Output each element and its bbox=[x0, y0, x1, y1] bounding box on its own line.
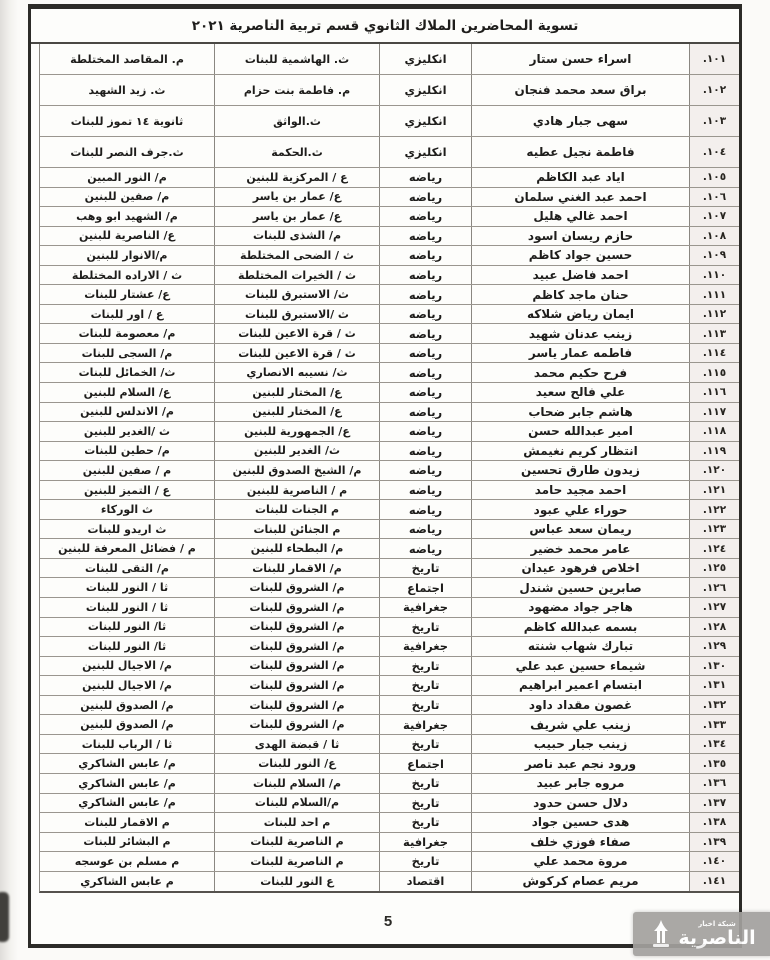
news-network-watermark: شبكة اخبار الناصرية bbox=[633, 912, 770, 956]
school-1: م/ الشروق للبنات bbox=[215, 657, 380, 676]
row-number: ١٢٥. bbox=[690, 559, 739, 578]
school-2: ع/ الناصرية للبنين bbox=[40, 227, 215, 246]
school-1: م الناصرية للبنات bbox=[215, 852, 380, 871]
lecturer-name: امير عبدالله حسن bbox=[472, 422, 690, 441]
table-row: ١٠٨. حازم ريسان اسود رياضه م/ الشذى للبن… bbox=[40, 227, 739, 247]
subject: رياضه bbox=[380, 520, 472, 539]
lecturer-name: احمد مجيد حامد bbox=[472, 481, 690, 500]
row-number: ١٢٦. bbox=[690, 578, 739, 597]
row-number: ١٣١. bbox=[690, 676, 739, 695]
table-row: ١٢٥. اخلاص فرهود عيدان تاريخ م/ الاقمار … bbox=[40, 559, 739, 579]
school-2: م/ الصدوق للبنين bbox=[40, 696, 215, 715]
lecturer-name: فاطمة نجيل عطيه bbox=[472, 137, 690, 167]
lecturer-name: حسين جواد كاظم bbox=[472, 246, 690, 265]
school-1: م/ الشذى للبنات bbox=[215, 227, 380, 246]
subject: تاريخ bbox=[380, 852, 472, 871]
school-2: م/ حطين للبنات bbox=[40, 442, 215, 461]
school-2: م/ عابس الشاكري bbox=[40, 774, 215, 793]
school-1: م/ الشروق للبنات bbox=[215, 637, 380, 656]
school-1: ع/ عمار بن ياسر bbox=[215, 207, 380, 226]
table-row: ١٠٢. براق سعد محمد فنجان انكليزي م. فاطم… bbox=[40, 75, 739, 106]
subject: رياضه bbox=[380, 266, 472, 285]
school-2: ث.جرف النصر للبنات bbox=[40, 137, 215, 167]
school-1: ع/ عمار بن ياسر bbox=[215, 188, 380, 207]
nasiriyah-news-logo-icon bbox=[650, 919, 672, 949]
table-row: ١٢٦. صابرين حسين شندل اجتماع م/ الشروق ل… bbox=[40, 578, 739, 598]
lecturer-name: زينب جبار حبيب bbox=[472, 735, 690, 754]
school-2: ث /الغدير للبنين bbox=[40, 422, 215, 441]
lecturer-name: انتظار كريم نغيمش bbox=[472, 442, 690, 461]
school-1: م احد للبنات bbox=[215, 813, 380, 832]
table-row: ١٠٣. سهى جبار هادي انكليزي ث.الواثق ثانو… bbox=[40, 106, 739, 137]
table-row: ١٣٩. صفاء فوزي خلف جغرافية م الناصرية لل… bbox=[40, 833, 739, 853]
school-2: ث. زيد الشهيد bbox=[40, 75, 215, 105]
subject: رياضه bbox=[380, 227, 472, 246]
subject: رياضه bbox=[380, 285, 472, 304]
subject: رياضه bbox=[380, 383, 472, 402]
school-1: ث.الواثق bbox=[215, 106, 380, 136]
lecturer-name: صفاء فوزي خلف bbox=[472, 833, 690, 852]
table-row: ١٣٨. هدى حسين جواد تاريخ م احد للبنات م … bbox=[40, 813, 739, 833]
table-row: ١٣٥. ورود نجم عبد ناصر اجتماع ع/ النور ل… bbox=[40, 754, 739, 774]
row-number: ١١٩. bbox=[690, 442, 739, 461]
lecturer-name: احمد فاضل عبيد bbox=[472, 266, 690, 285]
subject: اجتماع bbox=[380, 578, 472, 597]
lecturers-table: ١٠١. اسراء حسن ستار انكليزي ث. الهاشمية … bbox=[39, 44, 739, 893]
table-row: ١٢٣. ريمان سعد عباس رياضه م الجنائن للبن… bbox=[40, 520, 739, 540]
school-1: م الجنات للبنات bbox=[215, 500, 380, 519]
school-1: ث.الحكمة bbox=[215, 137, 380, 167]
school-2: م. المقاصد المختلطة bbox=[40, 44, 215, 74]
row-number: ١٢١. bbox=[690, 481, 739, 500]
school-2: م/ معصومة للبنات bbox=[40, 324, 215, 343]
subject: انكليزي bbox=[380, 75, 472, 105]
watermark-big-label: الناصرية bbox=[678, 929, 755, 948]
school-1: م/السلام للبنات bbox=[215, 794, 380, 813]
school-1: ع/ النور للبنات bbox=[215, 754, 380, 773]
row-number: ١١٨. bbox=[690, 422, 739, 441]
document-table-frame: تسوية المحاضرين الملاك الثانوي قسم تربية… bbox=[28, 4, 742, 948]
school-1: م الجنائن للبنات bbox=[215, 520, 380, 539]
school-1: م/ الاقمار للبنات bbox=[215, 559, 380, 578]
lecturer-name: احمد عبد الغني سلمان bbox=[472, 188, 690, 207]
row-number: ١١٠. bbox=[690, 266, 739, 285]
school-2: م البشائر للبنات bbox=[40, 833, 215, 852]
school-1: م. فاطمة بنت حزام bbox=[215, 75, 380, 105]
school-2: م/ الصدوق للبنين bbox=[40, 715, 215, 734]
school-1: ث/ نسيبه الانصاري bbox=[215, 363, 380, 382]
school-1: م/ الشروق للبنات bbox=[215, 715, 380, 734]
row-number: ١٣٦. bbox=[690, 774, 739, 793]
scanned-document-page: { "page": { "title": "تسوية المحاضرين ال… bbox=[0, 0, 770, 960]
table-row: ١١٧. هاشم جابر ضحاب رياضه ع/ المختار للب… bbox=[40, 403, 739, 423]
subject: تاريخ bbox=[380, 618, 472, 637]
table-row: ١٠٩. حسين جواد كاظم رياضه ث / الضحى المخ… bbox=[40, 246, 739, 266]
table-row: ١١١. حنان ماجد كاظم رياضه ث/ الاستبرق لل… bbox=[40, 285, 739, 305]
lecturer-name: ابتسام اعمير ابراهيم bbox=[472, 676, 690, 695]
row-number: ١٢٣. bbox=[690, 520, 739, 539]
lecturer-name: مروه جابر عبيد bbox=[472, 774, 690, 793]
school-2: ثانوية ١٤ تموز للبنات bbox=[40, 106, 215, 136]
subject: جغرافية bbox=[380, 715, 472, 734]
lecturer-name: هاشم جابر ضحاب bbox=[472, 403, 690, 422]
school-2: م/ السجى للبنات bbox=[40, 344, 215, 363]
row-number: ١٢٩. bbox=[690, 637, 739, 656]
school-2: ع/ عشتار للبنات bbox=[40, 285, 215, 304]
lecturer-name: ايمان رياض شلاكه bbox=[472, 305, 690, 324]
subject: رياضه bbox=[380, 168, 472, 187]
school-2: ث/ الخمائل للبنات bbox=[40, 363, 215, 382]
row-number: ١٣٩. bbox=[690, 833, 739, 852]
school-2: م/ الاجيال للبنين bbox=[40, 676, 215, 695]
page-number: 5 bbox=[384, 913, 392, 930]
lecturer-name: مريم عصام كركوش bbox=[472, 872, 690, 892]
lecturer-name: زينب علي شريف bbox=[472, 715, 690, 734]
school-2: م/ التقى للبنات bbox=[40, 559, 215, 578]
table-row: ١٢٠. زيدون طارق تحسين رياضه م/ الشيخ الص… bbox=[40, 461, 739, 481]
lecturer-name: مروة محمد علي bbox=[472, 852, 690, 871]
school-1: ع/ المختار للبنين bbox=[215, 403, 380, 422]
lecturer-name: ريمان سعد عباس bbox=[472, 520, 690, 539]
table-row: ١٠١. اسراء حسن ستار انكليزي ث. الهاشمية … bbox=[40, 44, 739, 75]
subject: رياضه bbox=[380, 246, 472, 265]
school-1: م/ الشروق للبنات bbox=[215, 618, 380, 637]
row-number: ١٣٧. bbox=[690, 794, 739, 813]
school-1: ث / الضحى المختلطة bbox=[215, 246, 380, 265]
subject: رياضه bbox=[380, 500, 472, 519]
row-number: ١٢٨. bbox=[690, 618, 739, 637]
school-1: ث / الخيرات المختلطة bbox=[215, 266, 380, 285]
lecturer-name: ورود نجم عبد ناصر bbox=[472, 754, 690, 773]
document-title: تسوية المحاضرين الملاك الثانوي قسم تربية… bbox=[31, 9, 739, 44]
row-number: ١٣٥. bbox=[690, 754, 739, 773]
subject: رياضه bbox=[380, 188, 472, 207]
row-number: ١٢٠. bbox=[690, 461, 739, 480]
row-number: ١٠٥. bbox=[690, 168, 739, 187]
school-2: م/ صفين للبنين bbox=[40, 188, 215, 207]
school-1: م/ الشروق للبنات bbox=[215, 598, 380, 617]
school-2: ث / الاراده المختلطة bbox=[40, 266, 215, 285]
scan-edge-artifact bbox=[0, 892, 9, 942]
table-row: ١٣٦. مروه جابر عبيد تاريخ م/ السلام للبن… bbox=[40, 774, 739, 794]
row-number: ١٣٤. bbox=[690, 735, 739, 754]
subject: رياضه bbox=[380, 363, 472, 382]
subject: رياضه bbox=[380, 324, 472, 343]
subject: رياضه bbox=[380, 481, 472, 500]
lecturer-name: حنان ماجد كاظم bbox=[472, 285, 690, 304]
school-1: ثا / قبضة الهدى bbox=[215, 735, 380, 754]
subject: رياضه bbox=[380, 461, 472, 480]
school-1: ع النور للبنات bbox=[215, 872, 380, 892]
school-2: م/ الشهيد ابو وهب bbox=[40, 207, 215, 226]
table-row: ١٤١. مريم عصام كركوش اقتصاد ع النور للبن… bbox=[40, 872, 739, 892]
row-number: ١٠٤. bbox=[690, 137, 739, 167]
table-row: ١٠٥. اياد عبد الكاظم رياضه ع / المركزية … bbox=[40, 168, 739, 188]
lecturer-name: عامر محمد خضير bbox=[472, 539, 690, 558]
school-1: ث /الاستبرق للبنات bbox=[215, 305, 380, 324]
school-2: م/ الاندلس للبنين bbox=[40, 403, 215, 422]
school-2: ثا / الرباب للبنات bbox=[40, 735, 215, 754]
lecturer-name: تبارك شهاب شنته bbox=[472, 637, 690, 656]
school-1: م/ الشروق للبنات bbox=[215, 696, 380, 715]
subject: انكليزي bbox=[380, 44, 472, 74]
table-row: ١١٥. فرح حكيم محمد رياضه ث/ نسيبه الانصا… bbox=[40, 363, 739, 383]
lecturer-name: براق سعد محمد فنجان bbox=[472, 75, 690, 105]
table-row: ١٣١. ابتسام اعمير ابراهيم تاريخ م/ الشرو… bbox=[40, 676, 739, 696]
subject: رياضه bbox=[380, 539, 472, 558]
school-2: ع/ السلام للبنين bbox=[40, 383, 215, 402]
lecturer-name: علي فالح سعيد bbox=[472, 383, 690, 402]
school-1: م / الناصرية للبنين bbox=[215, 481, 380, 500]
table-row: ١١٤. فاطمه عمار ياسر رياضه ث / قرة الاعي… bbox=[40, 344, 739, 364]
school-2: ثا / النور للبنات bbox=[40, 598, 215, 617]
table-row: ١٠٦. احمد عبد الغني سلمان رياضه ع/ عمار … bbox=[40, 188, 739, 208]
school-1: م/ الشروق للبنات bbox=[215, 676, 380, 695]
school-1: ع/ الجمهورية للبنين bbox=[215, 422, 380, 441]
table-row: ١٢١. احمد مجيد حامد رياضه م / الناصرية ل… bbox=[40, 481, 739, 501]
subject: تاريخ bbox=[380, 735, 472, 754]
school-1: م/ السلام للبنات bbox=[215, 774, 380, 793]
table-row: ١١٢. ايمان رياض شلاكه رياضه ث /الاستبرق … bbox=[40, 305, 739, 325]
school-2: ث اريدو للبنات bbox=[40, 520, 215, 539]
row-number: ١٠١. bbox=[690, 44, 739, 74]
row-number: ١٢٧. bbox=[690, 598, 739, 617]
lecturer-name: اخلاص فرهود عيدان bbox=[472, 559, 690, 578]
lecturer-name: فاطمه عمار ياسر bbox=[472, 344, 690, 363]
table-row: ١٢٢. حوراء علي عبود رياضه م الجنات للبنا… bbox=[40, 500, 739, 520]
school-1: ث. الهاشمية للبنات bbox=[215, 44, 380, 74]
school-2: ثا/ النور للبنات bbox=[40, 618, 215, 637]
school-2: م/ النور المبين bbox=[40, 168, 215, 187]
subject: انكليزي bbox=[380, 106, 472, 136]
subject: جغرافية bbox=[380, 833, 472, 852]
school-1: م الناصرية للبنات bbox=[215, 833, 380, 852]
row-number: ١٠٢. bbox=[690, 75, 739, 105]
school-1: م/ الشيخ الصدوق للبنين bbox=[215, 461, 380, 480]
table-row: ١٣٣. زينب علي شريف جغرافية م/ الشروق للب… bbox=[40, 715, 739, 735]
table-row: ١١٦. علي فالح سعيد رياضه ع/ المختار للبن… bbox=[40, 383, 739, 403]
row-number: ١١٢. bbox=[690, 305, 739, 324]
subject: تاريخ bbox=[380, 676, 472, 695]
subject: رياضه bbox=[380, 403, 472, 422]
row-number: ١٤٠. bbox=[690, 852, 739, 871]
lecturer-name: هاجر جواد مضهود bbox=[472, 598, 690, 617]
row-number: ١٣٨. bbox=[690, 813, 739, 832]
school-2: م / فضائل المعرفة للبنين bbox=[40, 539, 215, 558]
subject: رياضه bbox=[380, 207, 472, 226]
school-2: م/ عابس الشاكري bbox=[40, 754, 215, 773]
row-number: ١٤١. bbox=[690, 872, 739, 892]
row-number: ١١٥. bbox=[690, 363, 739, 382]
school-1: ث / قرة الاعين للبنات bbox=[215, 344, 380, 363]
table-row: ١١٠. احمد فاضل عبيد رياضه ث / الخيرات ال… bbox=[40, 266, 739, 286]
school-2: م مسلم بن عوسجه bbox=[40, 852, 215, 871]
school-2: ثا / النور للبنات bbox=[40, 578, 215, 597]
row-number: ١٠٨. bbox=[690, 227, 739, 246]
table-row: ١٣٢. غصون مقداد داود تاريخ م/ الشروق للب… bbox=[40, 696, 739, 716]
school-2: م الاقمار للبنات bbox=[40, 813, 215, 832]
subject: تاريخ bbox=[380, 559, 472, 578]
table-row: ١٣٧. دلال حسن حدود تاريخ م/السلام للبنات… bbox=[40, 794, 739, 814]
subject: تاريخ bbox=[380, 696, 472, 715]
school-2: ث الوركاء bbox=[40, 500, 215, 519]
subject: رياضه bbox=[380, 422, 472, 441]
table-row: ١٣٠. شيماء حسين عبد علي تاريخ م/ الشروق … bbox=[40, 657, 739, 677]
row-number: ١٢٢. bbox=[690, 500, 739, 519]
lecturer-name: شيماء حسين عبد علي bbox=[472, 657, 690, 676]
scan-paper-edge bbox=[0, 0, 18, 960]
row-number: ١٢٤. bbox=[690, 539, 739, 558]
lecturer-name: حازم ريسان اسود bbox=[472, 227, 690, 246]
lecturer-name: زيدون طارق تحسين bbox=[472, 461, 690, 480]
subject: رياضه bbox=[380, 344, 472, 363]
table-row: ١١٩. انتظار كريم نغيمش رياضه ث/ الغدير ل… bbox=[40, 442, 739, 462]
lecturer-name: حوراء علي عبود bbox=[472, 500, 690, 519]
school-2: م/ الاجيال للبنين bbox=[40, 657, 215, 676]
school-1: م/ الشروق للبنات bbox=[215, 578, 380, 597]
school-2: ثا/ النور للبنات bbox=[40, 637, 215, 656]
row-number: ١١٧. bbox=[690, 403, 739, 422]
subject: تاريخ bbox=[380, 794, 472, 813]
lecturer-name: اسراء حسن ستار bbox=[472, 44, 690, 74]
table-row: ١٢٨. بسمه عبدالله كاظم تاريخ م/ الشروق ل… bbox=[40, 618, 739, 638]
table-row: ١٢٧. هاجر جواد مضهود جغرافية م/ الشروق ل… bbox=[40, 598, 739, 618]
table-row: ١١٣. زينب عدنان شهيد رياضه ث / قرة الاعي… bbox=[40, 324, 739, 344]
school-2: م / صفين للبنين bbox=[40, 461, 215, 480]
row-number: ١١٤. bbox=[690, 344, 739, 363]
row-number: ١٠٧. bbox=[690, 207, 739, 226]
table-row: ١٣٤. زينب جبار حبيب تاريخ ثا / قبضة الهد… bbox=[40, 735, 739, 755]
subject: تاريخ bbox=[380, 813, 472, 832]
lecturer-name: هدى حسين جواد bbox=[472, 813, 690, 832]
subject: جغرافية bbox=[380, 598, 472, 617]
row-number: ١١١. bbox=[690, 285, 739, 304]
lecturer-name: احمد غالي هليل bbox=[472, 207, 690, 226]
subject: اجتماع bbox=[380, 754, 472, 773]
row-number: ١٣٠. bbox=[690, 657, 739, 676]
row-number: ١٠٦. bbox=[690, 188, 739, 207]
school-2: ع / اور للبنات bbox=[40, 305, 215, 324]
lecturer-name: بسمه عبدالله كاظم bbox=[472, 618, 690, 637]
school-2: م عابس الشاكري bbox=[40, 872, 215, 892]
table-row: ١٢٩. تبارك شهاب شنته جغرافية م/ الشروق ل… bbox=[40, 637, 739, 657]
school-2: ع / التميز للبنين bbox=[40, 481, 215, 500]
lecturer-name: اياد عبد الكاظم bbox=[472, 168, 690, 187]
table-row: ١٢٤. عامر محمد خضير رياضه م/ البطحاء للب… bbox=[40, 539, 739, 559]
school-1: ث/ الاستبرق للبنات bbox=[215, 285, 380, 304]
lecturer-name: سهى جبار هادي bbox=[472, 106, 690, 136]
table-row: ١١٨. امير عبدالله حسن رياضه ع/ الجمهورية… bbox=[40, 422, 739, 442]
lecturer-name: غصون مقداد داود bbox=[472, 696, 690, 715]
table-row: ١٠٤. فاطمة نجيل عطيه انكليزي ث.الحكمة ث.… bbox=[40, 137, 739, 168]
subject: رياضه bbox=[380, 442, 472, 461]
subject: تاريخ bbox=[380, 657, 472, 676]
row-number: ١٣٢. bbox=[690, 696, 739, 715]
school-1: ع / المركزية للبنين bbox=[215, 168, 380, 187]
table-row: ١٠٧. احمد غالي هليل رياضه ع/ عمار بن ياس… bbox=[40, 207, 739, 227]
subject: تاريخ bbox=[380, 774, 472, 793]
school-1: م/ البطحاء للبنين bbox=[215, 539, 380, 558]
lecturer-name: زينب عدنان شهيد bbox=[472, 324, 690, 343]
lecturer-name: صابرين حسين شندل bbox=[472, 578, 690, 597]
row-number: ١١٦. bbox=[690, 383, 739, 402]
lecturer-name: دلال حسن حدود bbox=[472, 794, 690, 813]
subject: انكليزي bbox=[380, 137, 472, 167]
subject: رياضه bbox=[380, 305, 472, 324]
row-number: ١١٣. bbox=[690, 324, 739, 343]
row-number: ١٠٣. bbox=[690, 106, 739, 136]
row-number: ١٣٣. bbox=[690, 715, 739, 734]
subject: جغرافية bbox=[380, 637, 472, 656]
school-1: ع/ المختار للبنين bbox=[215, 383, 380, 402]
school-2: م/ عابس الشاكري bbox=[40, 794, 215, 813]
school-1: ث/ الغدير للبنين bbox=[215, 442, 380, 461]
table-row: ١٤٠. مروة محمد علي تاريخ م الناصرية للبن… bbox=[40, 852, 739, 872]
lecturer-name: فرح حكيم محمد bbox=[472, 363, 690, 382]
subject: اقتصاد bbox=[380, 872, 472, 892]
school-1: ث / قرة الاعين للبنات bbox=[215, 324, 380, 343]
row-number: ١٠٩. bbox=[690, 246, 739, 265]
school-2: م/الانوار للبنين bbox=[40, 246, 215, 265]
